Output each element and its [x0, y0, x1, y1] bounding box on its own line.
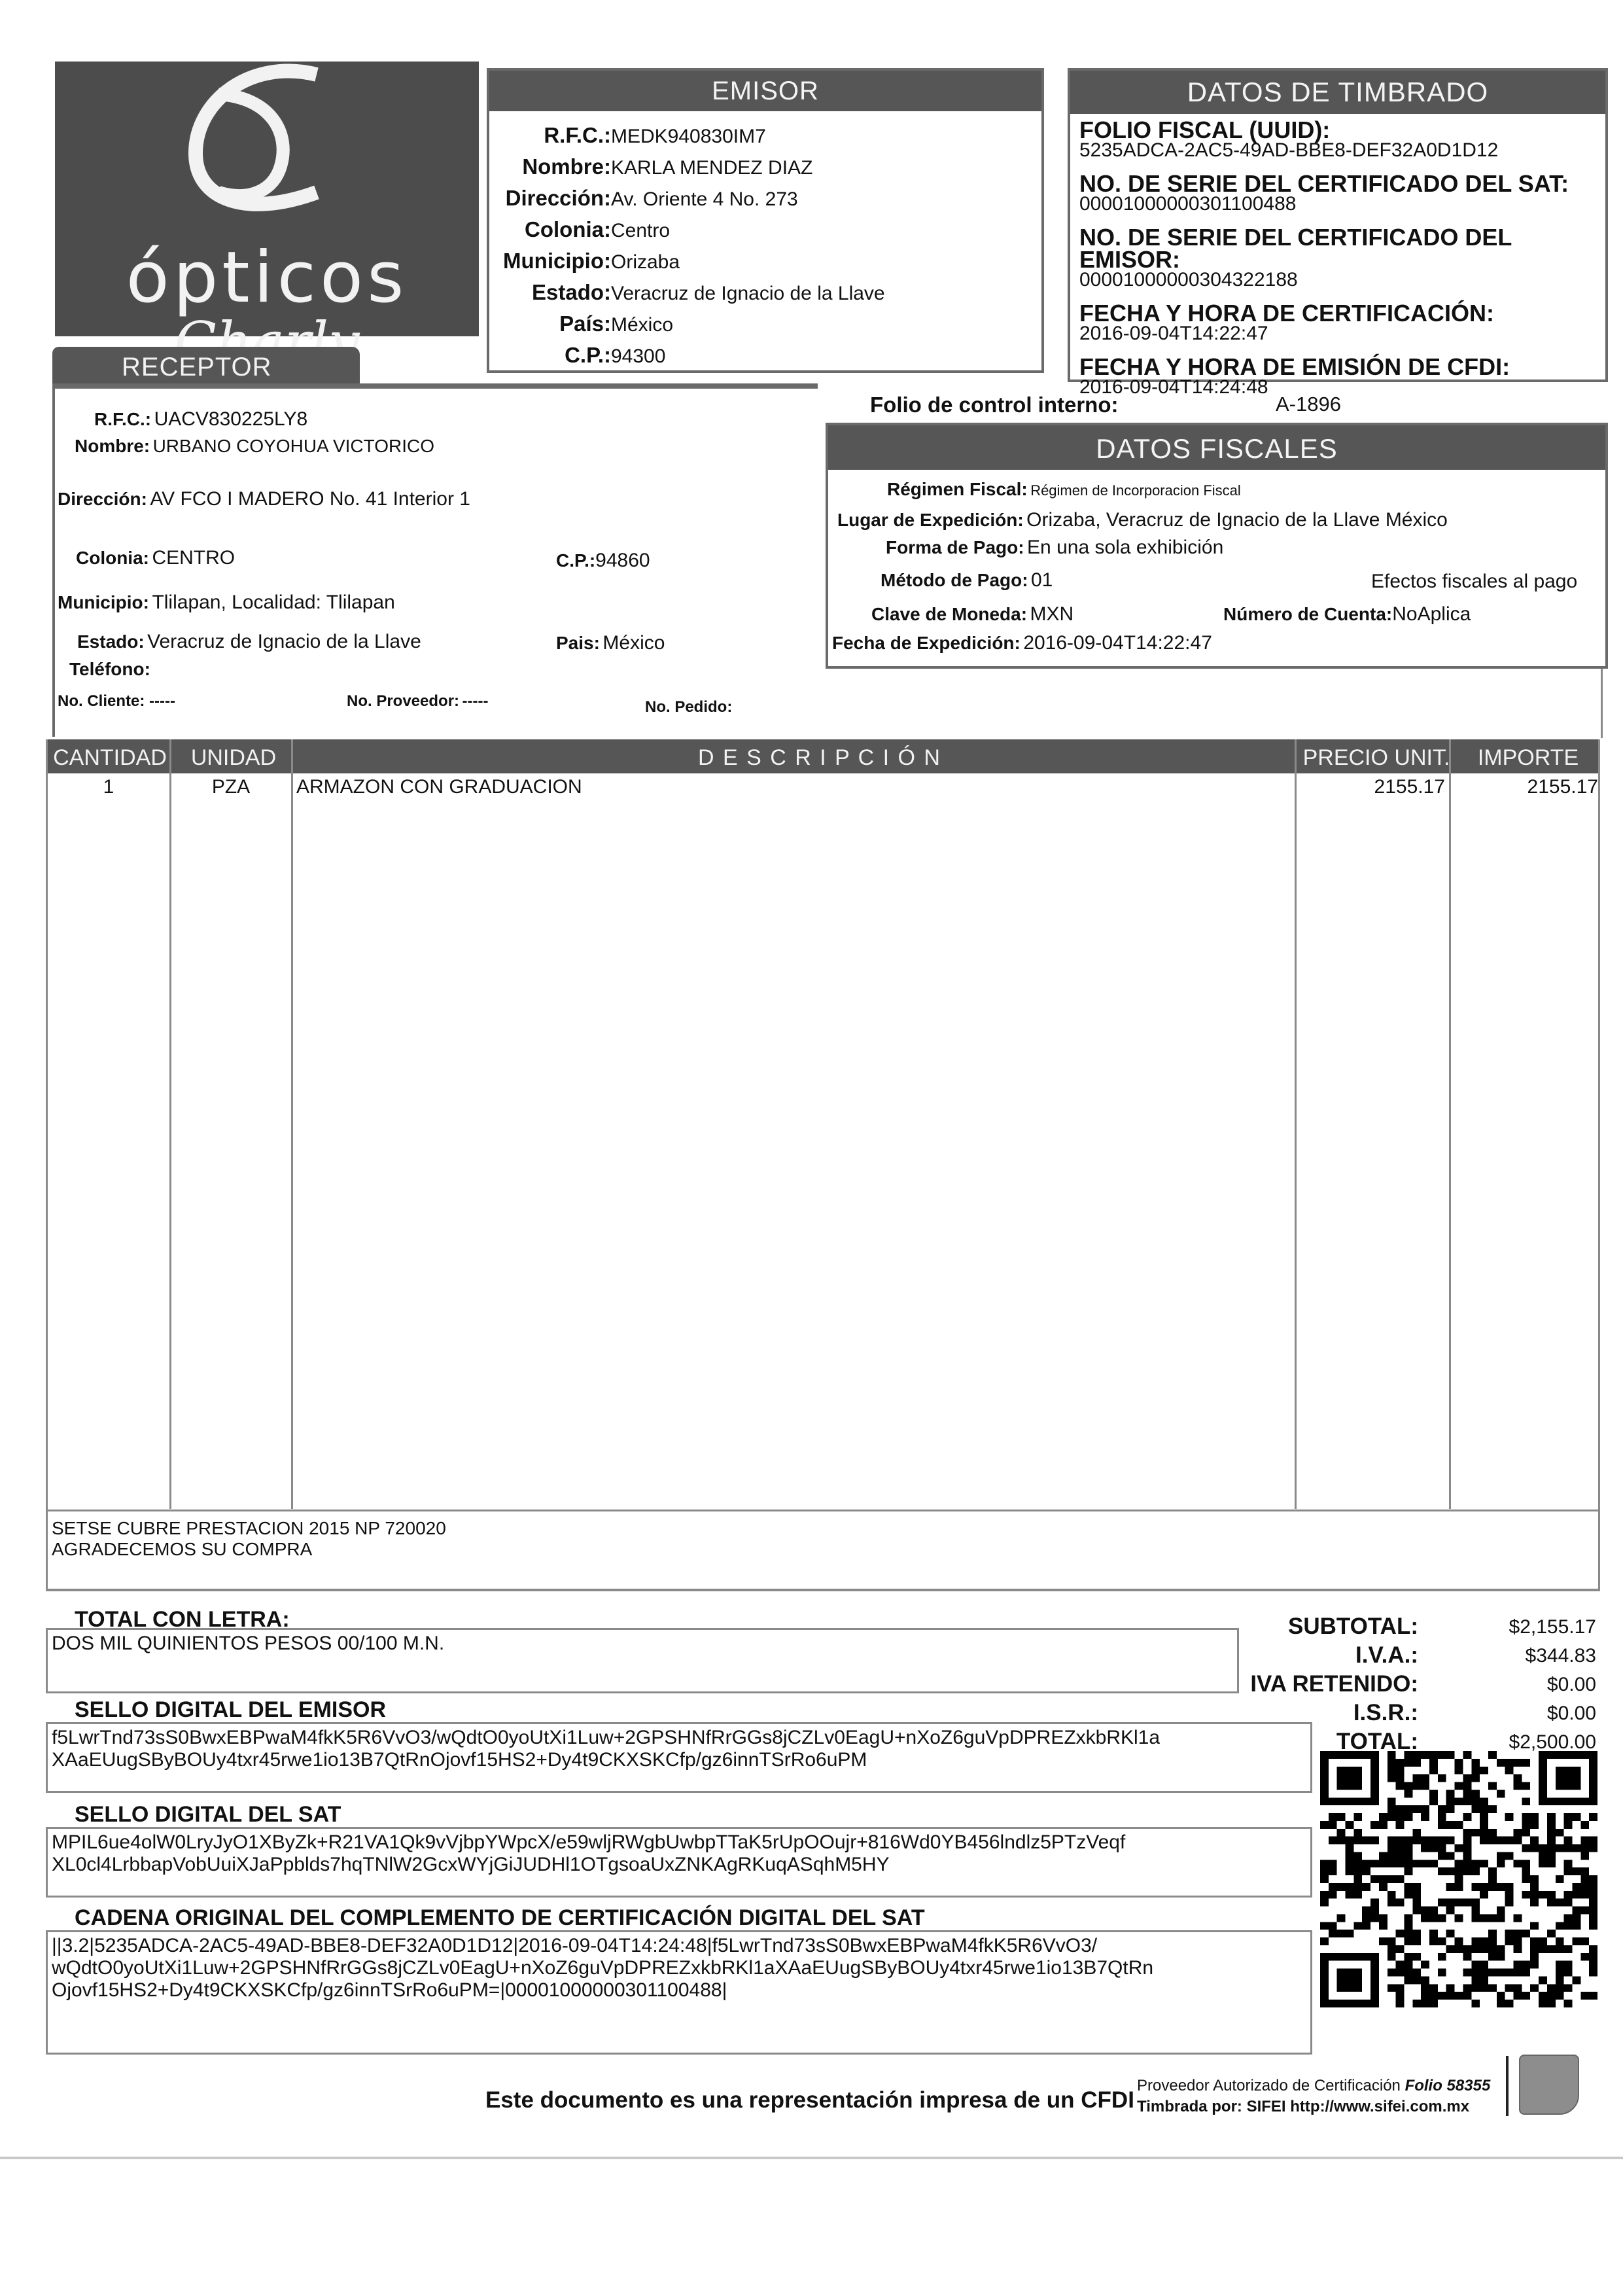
sello-sat-line: MPIL6ue4olW0LryJyO1XByZk+R21VA1Qk9vVjbpY…: [52, 1831, 1306, 1854]
emisor-field: R.F.C.:MEDK940830IM7: [489, 123, 766, 148]
item-importe: 2155.17: [1452, 776, 1598, 798]
emisor-field-label: Colonia:: [489, 217, 611, 242]
lugar-label: Lugar de Expedición:: [837, 510, 1024, 530]
emisor-field-label: Estado:: [489, 280, 611, 305]
cadena-line: ||3.2|5235ADCA-2AC5-49AD-BBE8-DEF32A0D1D…: [52, 1935, 1306, 1957]
timbrado-field-label: NO. DE SERIE DEL CERTIFICADO DEL SAT:: [1079, 173, 1596, 195]
cadena-line: wQdtO0yoUtXi1Luw+2GPSHNfRrGGs8jCZLv0EagU…: [52, 1957, 1306, 1979]
efectos-fiscales: Efectos fiscales al pago: [1371, 571, 1577, 593]
emisor-field-value: Veracruz de Ignacio de la Llave: [611, 283, 885, 304]
fiscales-title: DATOS FISCALES: [828, 425, 1605, 470]
sello-emisor-box: f5LwrTnd73sS0BwxEBPwaM4fkK5R6VvO3/wQdtO0…: [46, 1722, 1312, 1793]
emisor-field: País:México: [489, 311, 673, 336]
cuenta-value: NoAplica: [1392, 603, 1471, 625]
receptor-rfc-label: R.F.C.:: [94, 409, 151, 429]
receptor-colonia-label: Colonia:: [76, 548, 149, 568]
folio-interno-label: Folio de control interno:: [870, 393, 1118, 417]
item-cantidad: 1: [48, 776, 169, 798]
timbrado-panel: DATOS DE TIMBRADO FOLIO FISCAL (UUID):52…: [1068, 68, 1608, 382]
emisor-field-value: Orizaba: [611, 251, 680, 273]
folio-interno-value: A-1896: [1276, 393, 1341, 416]
receptor-pais-label: Pais:: [556, 633, 600, 653]
col-importe: IMPORTE: [1454, 739, 1602, 773]
emisor-field-label: C.P.:: [489, 343, 611, 368]
item-descripcion: ARMAZON CON GRADUACION: [296, 776, 1278, 798]
emisor-field-label: País:: [489, 311, 611, 336]
sat-seal-icon: [1519, 2055, 1579, 2115]
emisor-field: C.P.:94300: [489, 343, 665, 368]
col-descripcion: D E S C R I P C I Ó N: [296, 739, 1343, 773]
items-table: CANTIDAD UNIDAD D E S C R I P C I Ó N PR…: [46, 739, 1600, 1511]
obs-line: AGRADECEMOS SU COMPRA: [52, 1539, 1594, 1560]
total-letra-box: DOS MIL QUINIENTOS PESOS 00/100 M.N.: [46, 1628, 1239, 1693]
item-unidad: PZA: [171, 776, 291, 798]
no-cliente-label: No. Cliente:: [58, 692, 145, 710]
col-cantidad: CANTIDAD: [48, 739, 172, 773]
cadena-label: CADENA ORIGINAL DEL COMPLEMENTO DE CERTI…: [75, 1905, 925, 1931]
timbrado-field-label: FECHA Y HORA DE CERTIFICACIÓN:: [1079, 302, 1596, 325]
forma-pago-label: Forma de Pago:: [886, 537, 1024, 557]
receptor-rfc: UACV830225LY8: [154, 408, 308, 430]
col-precio: PRECIO UNIT.: [1301, 739, 1452, 773]
emisor-field: Estado:Veracruz de Ignacio de la Llave: [489, 280, 885, 305]
emisor-field-label: Municipio:: [489, 249, 611, 274]
no-proveedor-label: No. Proveedor:: [347, 692, 459, 710]
prov-folio: Folio 58355: [1405, 2077, 1491, 2094]
fecha-exp-label: Fecha de Expedición:: [832, 633, 1021, 653]
lugar-value: Orizaba, Veracruz de Ignacio de la Llave…: [1026, 509, 1448, 531]
receptor-estado-label: Estado:: [77, 631, 145, 652]
timbrado-field-label: FOLIO FISCAL (UUID):: [1079, 119, 1596, 141]
forma-pago-value: En una sola exhibición: [1027, 537, 1223, 558]
emisor-panel: EMISOR R.F.C.:MEDK940830IM7Nombre:KARLA …: [487, 68, 1044, 373]
emisor-field-label: R.F.C.:: [489, 123, 611, 148]
total-value: $344.83: [1526, 1645, 1596, 1667]
col-unidad: UNIDAD: [175, 739, 292, 773]
timbrado-field-value: 2016-09-04T14:22:47: [1079, 325, 1596, 343]
receptor-municipio: Tlilapan, Localidad: Tlilapan: [152, 592, 394, 613]
receptor-cp-label: C.P.:: [556, 550, 595, 571]
metodo-pago-value: 01: [1031, 569, 1053, 591]
folio-interno: Folio de control interno: A-1896: [870, 393, 1118, 417]
cuenta-label: Número de Cuenta:: [1223, 604, 1392, 624]
sello-emisor-line: XAaEUugSByBOUy4txr45rwe1io13B7QtRnOjovf1…: [52, 1749, 1306, 1771]
sello-emisor-line: f5LwrTnd73sS0BwxEBPwaM4fkK5R6VvO3/wQdtO0…: [52, 1727, 1306, 1749]
observaciones: SETSE CUBRE PRESTACION 2015 NP 720020 AG…: [46, 1509, 1600, 1591]
regimen-label: Régimen Fiscal:: [887, 479, 1028, 499]
receptor-estado: Veracruz de Ignacio de la Llave: [147, 631, 421, 652]
emisor-field-value: Av. Oriente 4 No. 273: [611, 188, 798, 210]
receptor-nombre-label: Nombre:: [75, 436, 150, 456]
eye-logo-icon: [55, 62, 479, 238]
emisor-field: Municipio:Orizaba: [489, 249, 680, 274]
footer-provider: Proveedor Autorizado de Certificación Fo…: [1137, 2075, 1490, 2117]
qr-code-icon: [1320, 1751, 1597, 2007]
emisor-field-value: México: [611, 314, 673, 336]
timbrado-field-value: 00001000000301100488: [1079, 195, 1596, 213]
cadena-line: Ojovf15HS2+Dy4t9CKXSKCfp/gz6innTSrRo6uPM…: [52, 1979, 1306, 2002]
total-label: SUBTOTAL:: [1288, 1614, 1418, 1640]
timbrado-title: DATOS DE TIMBRADO: [1070, 71, 1605, 114]
timbrado-field-value: 00001000000304322188: [1079, 271, 1596, 289]
regimen-value: Régimen de Incorporacion Fiscal: [1030, 482, 1241, 499]
items-header: CANTIDAD UNIDAD D E S C R I P C I Ó N PR…: [48, 739, 1598, 773]
emisor-field: Nombre:KARLA MENDEZ DIAZ: [489, 154, 812, 179]
total-value: $2,155.17: [1509, 1616, 1596, 1638]
total-value: $2,500.00: [1509, 1731, 1596, 1754]
total-label: IVA RETENIDO:: [1250, 1671, 1418, 1697]
fiscales-panel: DATOS FISCALES Régimen Fiscal: Régimen d…: [826, 423, 1608, 669]
metodo-pago-label: Método de Pago:: [881, 570, 1028, 590]
total-value: $0.00: [1547, 1674, 1596, 1696]
emisor-field: Dirección:Av. Oriente 4 No. 273: [489, 186, 798, 211]
receptor-pais: México: [602, 632, 665, 654]
no-pedido-label: No. Pedido:: [645, 698, 732, 716]
no-proveedor: -----: [462, 692, 488, 710]
total-label: I.S.R.:: [1353, 1700, 1418, 1726]
emisor-field-value: Centro: [611, 220, 670, 241]
prov-line2: Timbrada por: SIFEI http://www.sifei.com…: [1137, 2096, 1490, 2117]
receptor-direccion: AV FCO I MADERO No. 41 Interior 1: [150, 488, 470, 510]
receptor-direccion-label: Dirección:: [58, 489, 147, 509]
timbrado-field-label: NO. DE SERIE DEL CERTIFICADO DEL EMISOR:: [1079, 226, 1596, 271]
prov-line1: Proveedor Autorizado de Certificación: [1137, 2077, 1401, 2094]
total-letra-value: DOS MIL QUINIENTOS PESOS 00/100 M.N.: [52, 1633, 444, 1654]
fecha-exp-value: 2016-09-04T14:22:47: [1023, 632, 1212, 654]
item-precio: 2155.17: [1297, 776, 1445, 798]
receptor-cp: 94860: [595, 550, 650, 571]
cadena-box: ||3.2|5235ADCA-2AC5-49AD-BBE8-DEF32A0D1D…: [46, 1930, 1312, 2055]
moneda-label: Clave de Moneda:: [871, 604, 1027, 624]
sello-sat-box: MPIL6ue4olW0LryJyO1XByZk+R21VA1Qk9vVjbpY…: [46, 1827, 1312, 1898]
obs-line: SETSE CUBRE PRESTACION 2015 NP 720020: [52, 1518, 1594, 1539]
footer-cfdi-notice: Este documento es una representación imp…: [485, 2087, 1134, 2113]
timbrado-field-label: FECHA Y HORA DE EMISIÓN DE CFDI:: [1079, 356, 1596, 378]
footer-divider: [1506, 2056, 1509, 2116]
brand-name: ópticos: [55, 237, 479, 319]
emisor-field: Colonia:Centro: [489, 217, 670, 242]
emisor-field-value: KARLA MENDEZ DIAZ: [611, 157, 812, 179]
emisor-field-value: 94300: [611, 345, 665, 367]
timbrado-field-value: 5235ADCA-2AC5-49AD-BBE8-DEF32A0D1D12: [1079, 141, 1596, 160]
receptor-panel: R.F.C.: UACV830225LY8 Nombre: URBANO COY…: [52, 383, 818, 737]
sello-sat-line: XL0cl4LrbbapVobUuiXJaPpblds7hqTNlW2GcxWY…: [52, 1854, 1306, 1876]
total-value: $0.00: [1547, 1703, 1596, 1725]
receptor-title: RECEPTOR: [52, 347, 360, 385]
company-logo: ópticos Charly: [55, 62, 479, 336]
receptor-municipio-label: Municipio:: [58, 592, 149, 612]
emisor-field-label: Dirección:: [489, 186, 611, 211]
emisor-title: EMISOR: [489, 71, 1041, 111]
receptor-border: [811, 666, 1603, 738]
page-edge: [0, 2157, 1623, 2159]
no-cliente: -----: [149, 692, 175, 710]
sello-sat-label: SELLO DIGITAL DEL SAT: [75, 1802, 341, 1828]
moneda-value: MXN: [1030, 603, 1074, 625]
sello-emisor-label: SELLO DIGITAL DEL EMISOR: [75, 1697, 386, 1723]
receptor-nombre: URBANO COYOHUA VICTORICO: [153, 436, 434, 456]
receptor-colonia: CENTRO: [152, 547, 235, 569]
total-label: I.V.A.:: [1355, 1642, 1418, 1669]
receptor-telefono-label: Teléfono:: [69, 659, 150, 679]
emisor-field-value: MEDK940830IM7: [611, 126, 766, 147]
emisor-field-label: Nombre:: [489, 154, 611, 179]
